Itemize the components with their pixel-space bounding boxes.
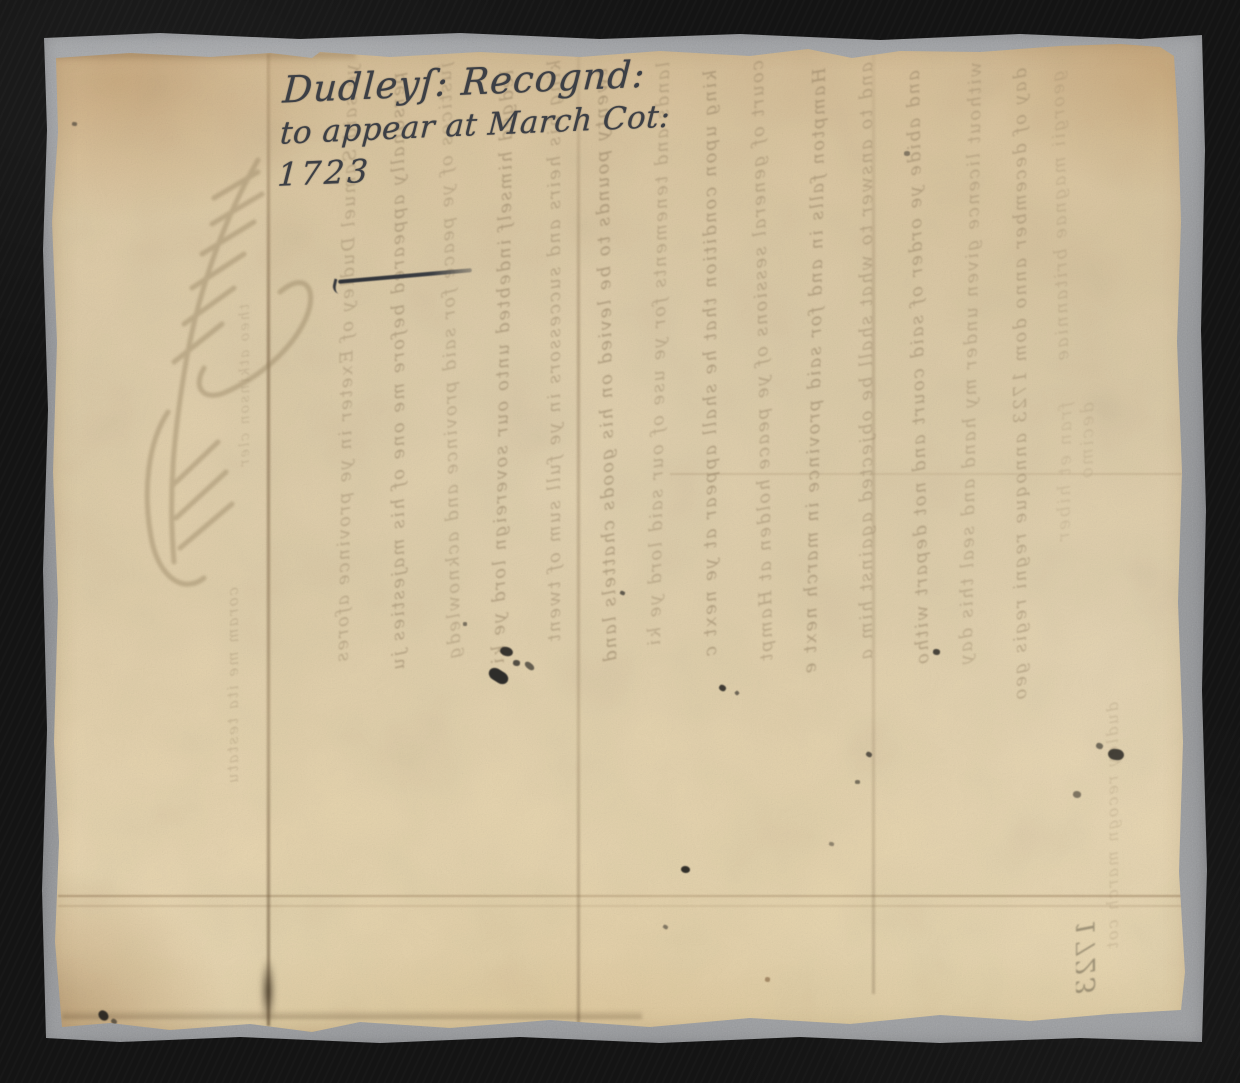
bleedthrough-column: and to answer to what shall be objected … [856,62,900,710]
paper-fiber-texture [50,42,1190,1034]
bleedthrough-column: without licence given under my hand and … [955,62,1009,713]
fold-line-vertical-left [267,54,270,1026]
ink-speck [1073,790,1082,798]
annotation-underline-flourish [338,268,472,284]
bleedthrough-mark: 1723 [1076,920,1120,1004]
bleedthrough-column: and abide ye order of said court and not… [903,70,957,716]
ink-speck [933,649,941,656]
fold-ink-smudge [258,945,278,1037]
bottom-edge-smear [62,1010,642,1019]
ink-speck [765,977,771,983]
bleedthrough-column: fran et hiber decimo [1053,402,1100,593]
ink-speck [855,780,860,784]
ink-speck [513,660,521,667]
ink-speck [1095,742,1104,750]
bleedthrough-column: court of general sessions of ye peace ho… [747,60,801,716]
fold-line-vertical-right [872,54,875,994]
bleedthrough-mark: coram me ita testatu [222,587,266,787]
bleedthrough-column: Hampton falls in and for said province i… [799,68,853,719]
paper-mottle-texture [50,42,1190,1034]
ink-speck [523,660,535,672]
bleedthrough-mark: theo atkinson cler [234,304,278,474]
ink-speck [718,684,727,693]
ink-speck [499,645,514,657]
flourish-doodle [108,142,338,622]
fold-line-horizontal-faint-right [670,473,1182,475]
scan-photo: ye said Samuel Dudley of Exeter in ye pr… [0,0,1240,1083]
fold-line-vertical-middle [577,54,580,1026]
ink-speck [829,841,835,846]
ink-speck [904,151,910,156]
docket-annotation: Dudleyſ: Recognd: to appear at March Cot… [276,51,683,195]
bleedthrough-column: king upon condition that he shall appear… [700,70,744,718]
ink-speck [486,665,510,686]
bleedthrough-column: georgii magnae britanniae [1048,70,1097,371]
ink-speck [662,924,668,930]
fold-line-horizontal-echo [58,905,1182,907]
ink-speck [734,690,740,696]
ink-speck [681,865,691,873]
ink-speck [463,622,467,626]
bleedthrough-column: day of december anno dom 1723 annoque re… [1010,68,1054,716]
manuscript-page: ye said Samuel Dudley of Exeter in ye pr… [50,42,1190,1034]
ink-speck [619,590,625,596]
ink-speck [72,122,78,127]
ink-speck [1107,748,1124,761]
bleedthrough-mark: dudley recogn march cot [1102,702,1146,992]
ink-speck [865,751,873,758]
fold-line-horizontal [58,895,1182,897]
